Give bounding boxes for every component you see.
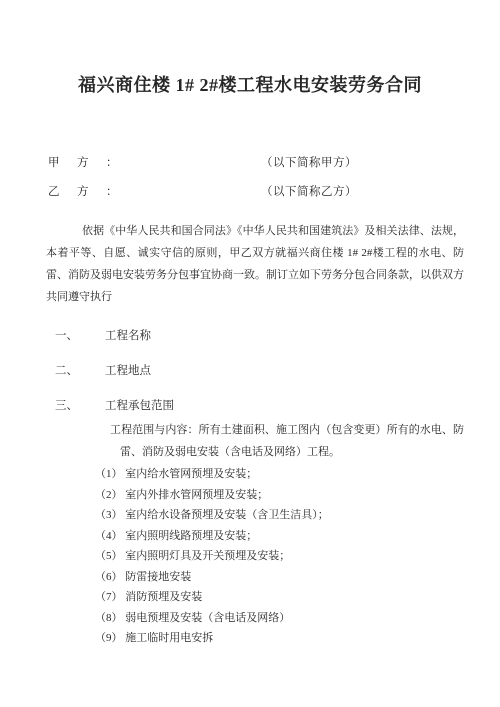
scope-item-7: （7） 消防预埋及安装: [95, 587, 464, 608]
scope-item-8: （8） 弱电预埋及安装（含电话及网络）: [95, 608, 464, 629]
scope-item-6: （6） 防雷接地安装: [95, 567, 464, 588]
section-3-title: 工程承包范围: [105, 400, 174, 412]
parties-block: 甲 方 ： （以下简称甲方） 乙 方 ： （以下简称乙方）: [46, 156, 464, 214]
party-b-label: 乙 方 ：: [48, 185, 121, 199]
section-2-number: 二、: [55, 364, 105, 378]
scope-item-3: （3） 室内给水设备预埋及安装（含卫生洁具）；: [95, 505, 464, 526]
section-1-number: 一、: [55, 329, 105, 343]
scope-item-9: （9） 施工临时用电安拆: [95, 628, 464, 649]
scope-item-2: （2） 室内外排水管网预埋及安装；: [95, 485, 464, 506]
scope-item-list: （1） 室内给水管网预埋及安装； （2） 室内外排水管网预埋及安装； （3） 室…: [95, 464, 464, 649]
section-heading-2: 二、工程地点: [46, 364, 464, 378]
scope-item-4: （4） 室内照明线路预埋及安装；: [95, 526, 464, 547]
section-1-title: 工程名称: [105, 330, 151, 342]
scope-item-1: （1） 室内给水管网预埋及安装；: [95, 464, 464, 485]
section-heading-1: 一、工程名称: [46, 329, 464, 343]
party-row-b: 乙 方 ： （以下简称乙方）: [46, 185, 464, 214]
party-a-note: （以下简称甲方）: [261, 156, 357, 170]
scope-item-5: （5） 室内照明灯具及开关预埋及安装；: [95, 546, 464, 567]
section-heading-3: 三、工程承包范围: [46, 399, 464, 413]
party-b-note: （以下简称乙方）: [261, 185, 357, 199]
party-a-label: 甲 方 ：: [48, 156, 121, 170]
preamble-paragraph: 依据《中华人民共和国合同法》《中华人民共和国建筑法》及相关法律、法规，本着平等、…: [46, 220, 464, 308]
section-2-title: 工程地点: [105, 365, 151, 377]
contract-title: 福兴商住楼 1# 2#楼工程水电安装劳务合同: [28, 72, 472, 98]
section-3-number: 三、: [55, 399, 105, 413]
contract-page: 福兴商住楼 1# 2#楼工程水电安装劳务合同 甲 方 ： （以下简称甲方） 乙 …: [0, 0, 500, 707]
scope-description: 工程范围与内容：所有土建面积、施工图内（包含变更）所有的水电、防雷、消防及弱电安…: [46, 419, 464, 463]
party-row-a: 甲 方 ： （以下简称甲方）: [46, 156, 464, 185]
